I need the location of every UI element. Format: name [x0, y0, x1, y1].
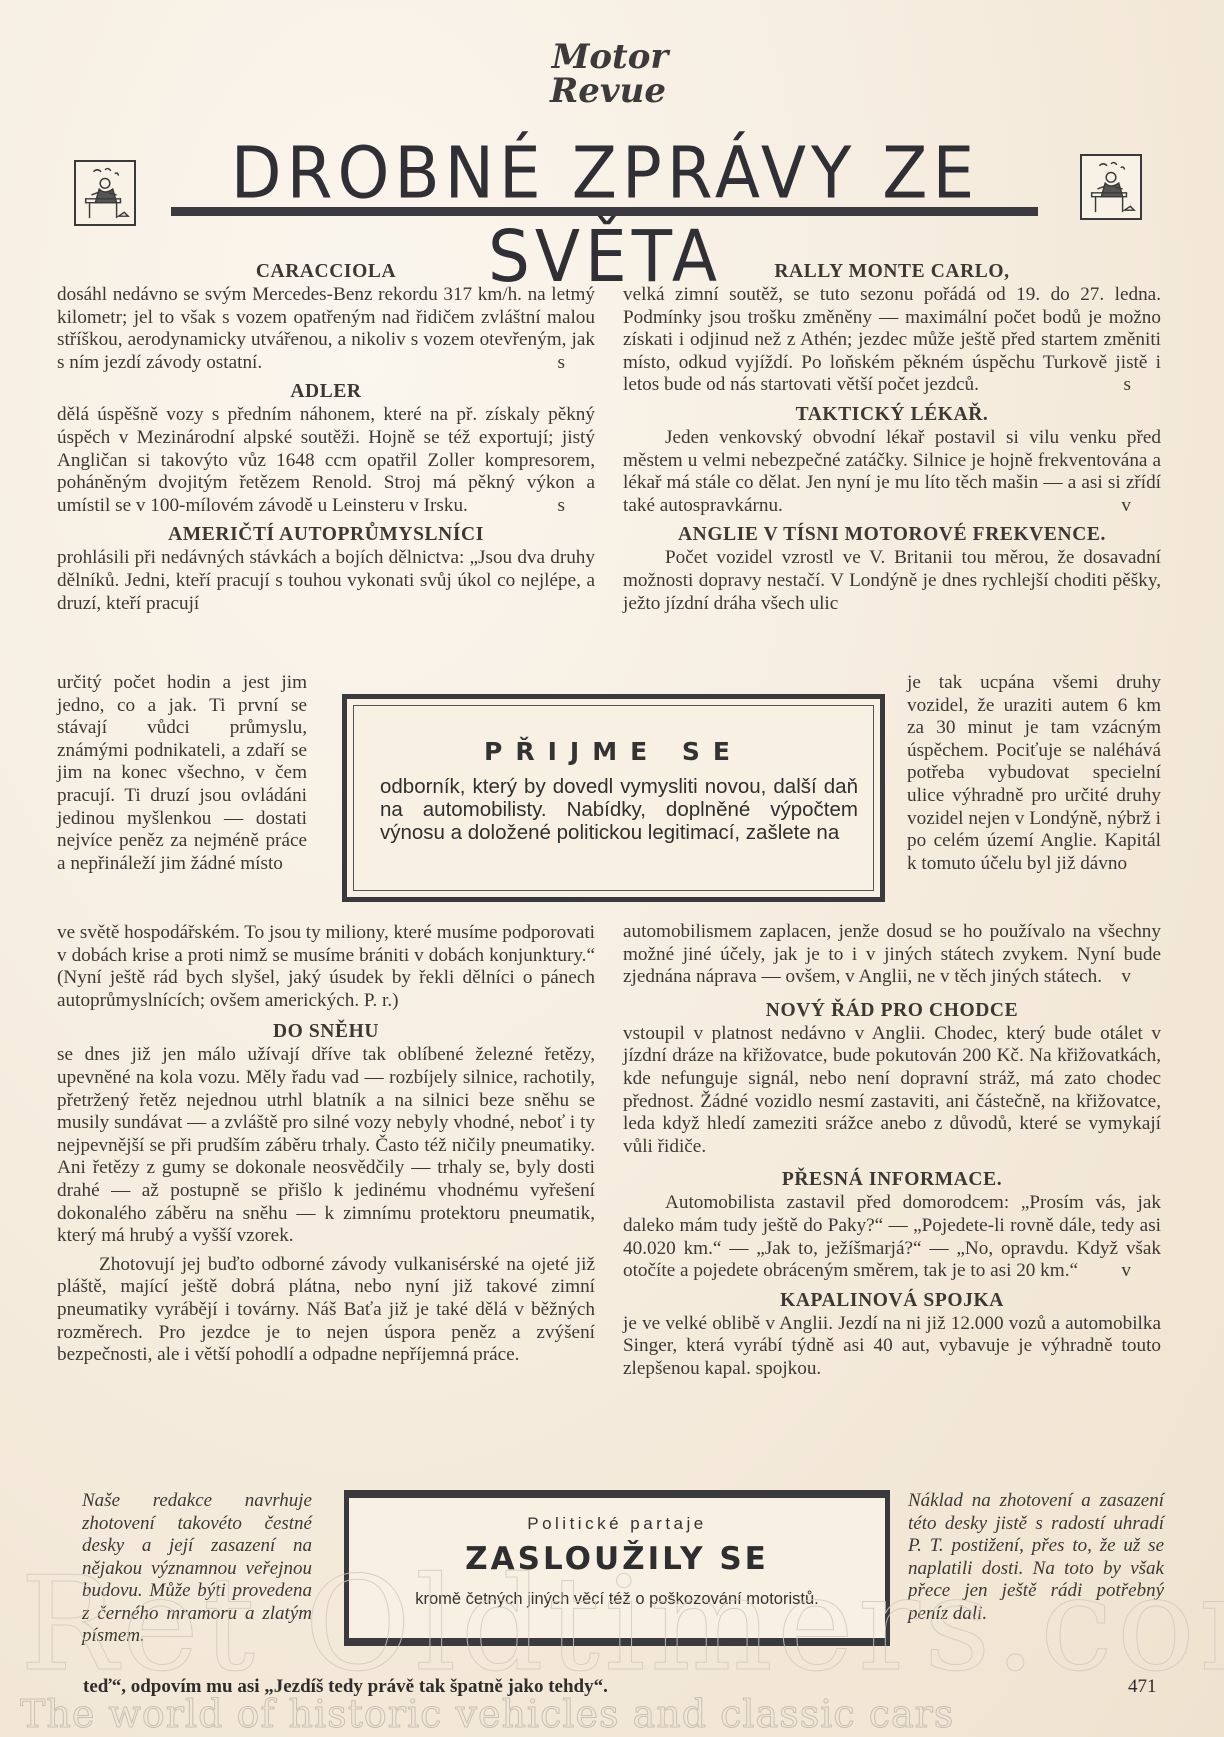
writer-at-desk-icon: [1080, 154, 1142, 220]
article-body: ve světě hospodářském. To jsou ty milion…: [57, 922, 595, 1012]
notice-body: odborník, který by dovedl vymysliti novo…: [380, 775, 858, 844]
article-body: Automobilista zastavil před domorodcem: …: [623, 1192, 1161, 1282]
article-heading: ADLER: [57, 380, 595, 404]
left-wrap-text: určitý počet hodin a jest jim jedno, co …: [57, 672, 307, 875]
article-body: vstoupil v platnost nedávno v Anglii. Ch…: [623, 1023, 1161, 1159]
article-body: je ve velké oblibě v Anglii. Jezdí na ni…: [623, 1313, 1161, 1381]
article-body: dělá úspěšně vozy s předním náhonem, kte…: [57, 404, 595, 517]
notice-title: PŘIJME SE: [347, 737, 880, 766]
article-body: prohlásili při nedávných stávkách a bojí…: [57, 547, 595, 615]
article-heading: PŘESNÁ INFORMACE.: [623, 1168, 1161, 1192]
plaque-subtitle: Politické partaje: [349, 1514, 885, 1534]
article-heading: DO SNĚHU: [57, 1020, 595, 1044]
article-body: dosáhl nedávno se svým Mercedes-Benz rek…: [57, 284, 595, 374]
article-heading: AMERIČTÍ AUTOPRŮMYSLNÍCI: [57, 523, 595, 547]
watermark-tagline: The world of historic vehicles and class…: [20, 1692, 954, 1736]
article-heading: KAPALINOVÁ SPOJKA: [623, 1289, 1161, 1313]
article-body: automobilismem zaplacen, jenže dosud se …: [623, 921, 1161, 989]
article-body: velká zimní soutěž, se tuto sezonu pořád…: [623, 284, 1161, 397]
article-heading: ANGLIE V TÍSNI MOTOROVÉ FREKVENCE.: [623, 523, 1161, 547]
logo-line-1: Motor: [540, 40, 680, 74]
article-body: Jeden venkovský obvodní lékař postavil s…: [623, 427, 1161, 517]
right-column: RALLY MONTE CARLO, velká zimní soutěž, s…: [623, 260, 1161, 621]
article-heading: RALLY MONTE CARLO,: [623, 260, 1161, 284]
author-initial: s: [1124, 374, 1131, 397]
left-column: CARACCIOLA dosáhl nedávno se svým Merced…: [57, 260, 595, 621]
author-initial: v: [1079, 1260, 1131, 1283]
author-initial: s: [558, 495, 565, 518]
author-initial: s: [558, 352, 565, 375]
article-heading: NOVÝ ŘÁD PRO CHODCE: [623, 999, 1161, 1023]
magazine-logo: Motor Revue: [540, 40, 680, 108]
writer-at-desk-icon: [74, 160, 136, 226]
article-body: se dnes již jen málo užívají dříve tak o…: [57, 1044, 595, 1247]
author-initial: v: [1121, 966, 1131, 989]
article-heading: CARACCIOLA: [57, 260, 595, 284]
article-body: Počet vozidel vzrostl ve V. Britanii tou…: [623, 547, 1161, 615]
left-column-continued: ve světě hospodářském. To jsou ty milion…: [57, 922, 595, 1373]
job-notice-box: PŘIJME SE odborník, který by dovedl vymy…: [342, 694, 885, 902]
page-number: 471: [1128, 1676, 1157, 1698]
right-column-continued: automobilismem zaplacen, jenže dosud se …: [623, 921, 1161, 1387]
title-underline: [171, 207, 1038, 216]
logo-line-2: Revue: [536, 74, 680, 108]
author-initial: v: [1079, 495, 1131, 518]
article-heading: TAKTICKÝ LÉKAŘ.: [623, 403, 1161, 427]
right-wrap-text: je tak ucpána všemi druhy vozidel, že ur…: [907, 672, 1161, 875]
article-body: Zhotovují jej buďto odborné závody vulka…: [57, 1254, 595, 1367]
